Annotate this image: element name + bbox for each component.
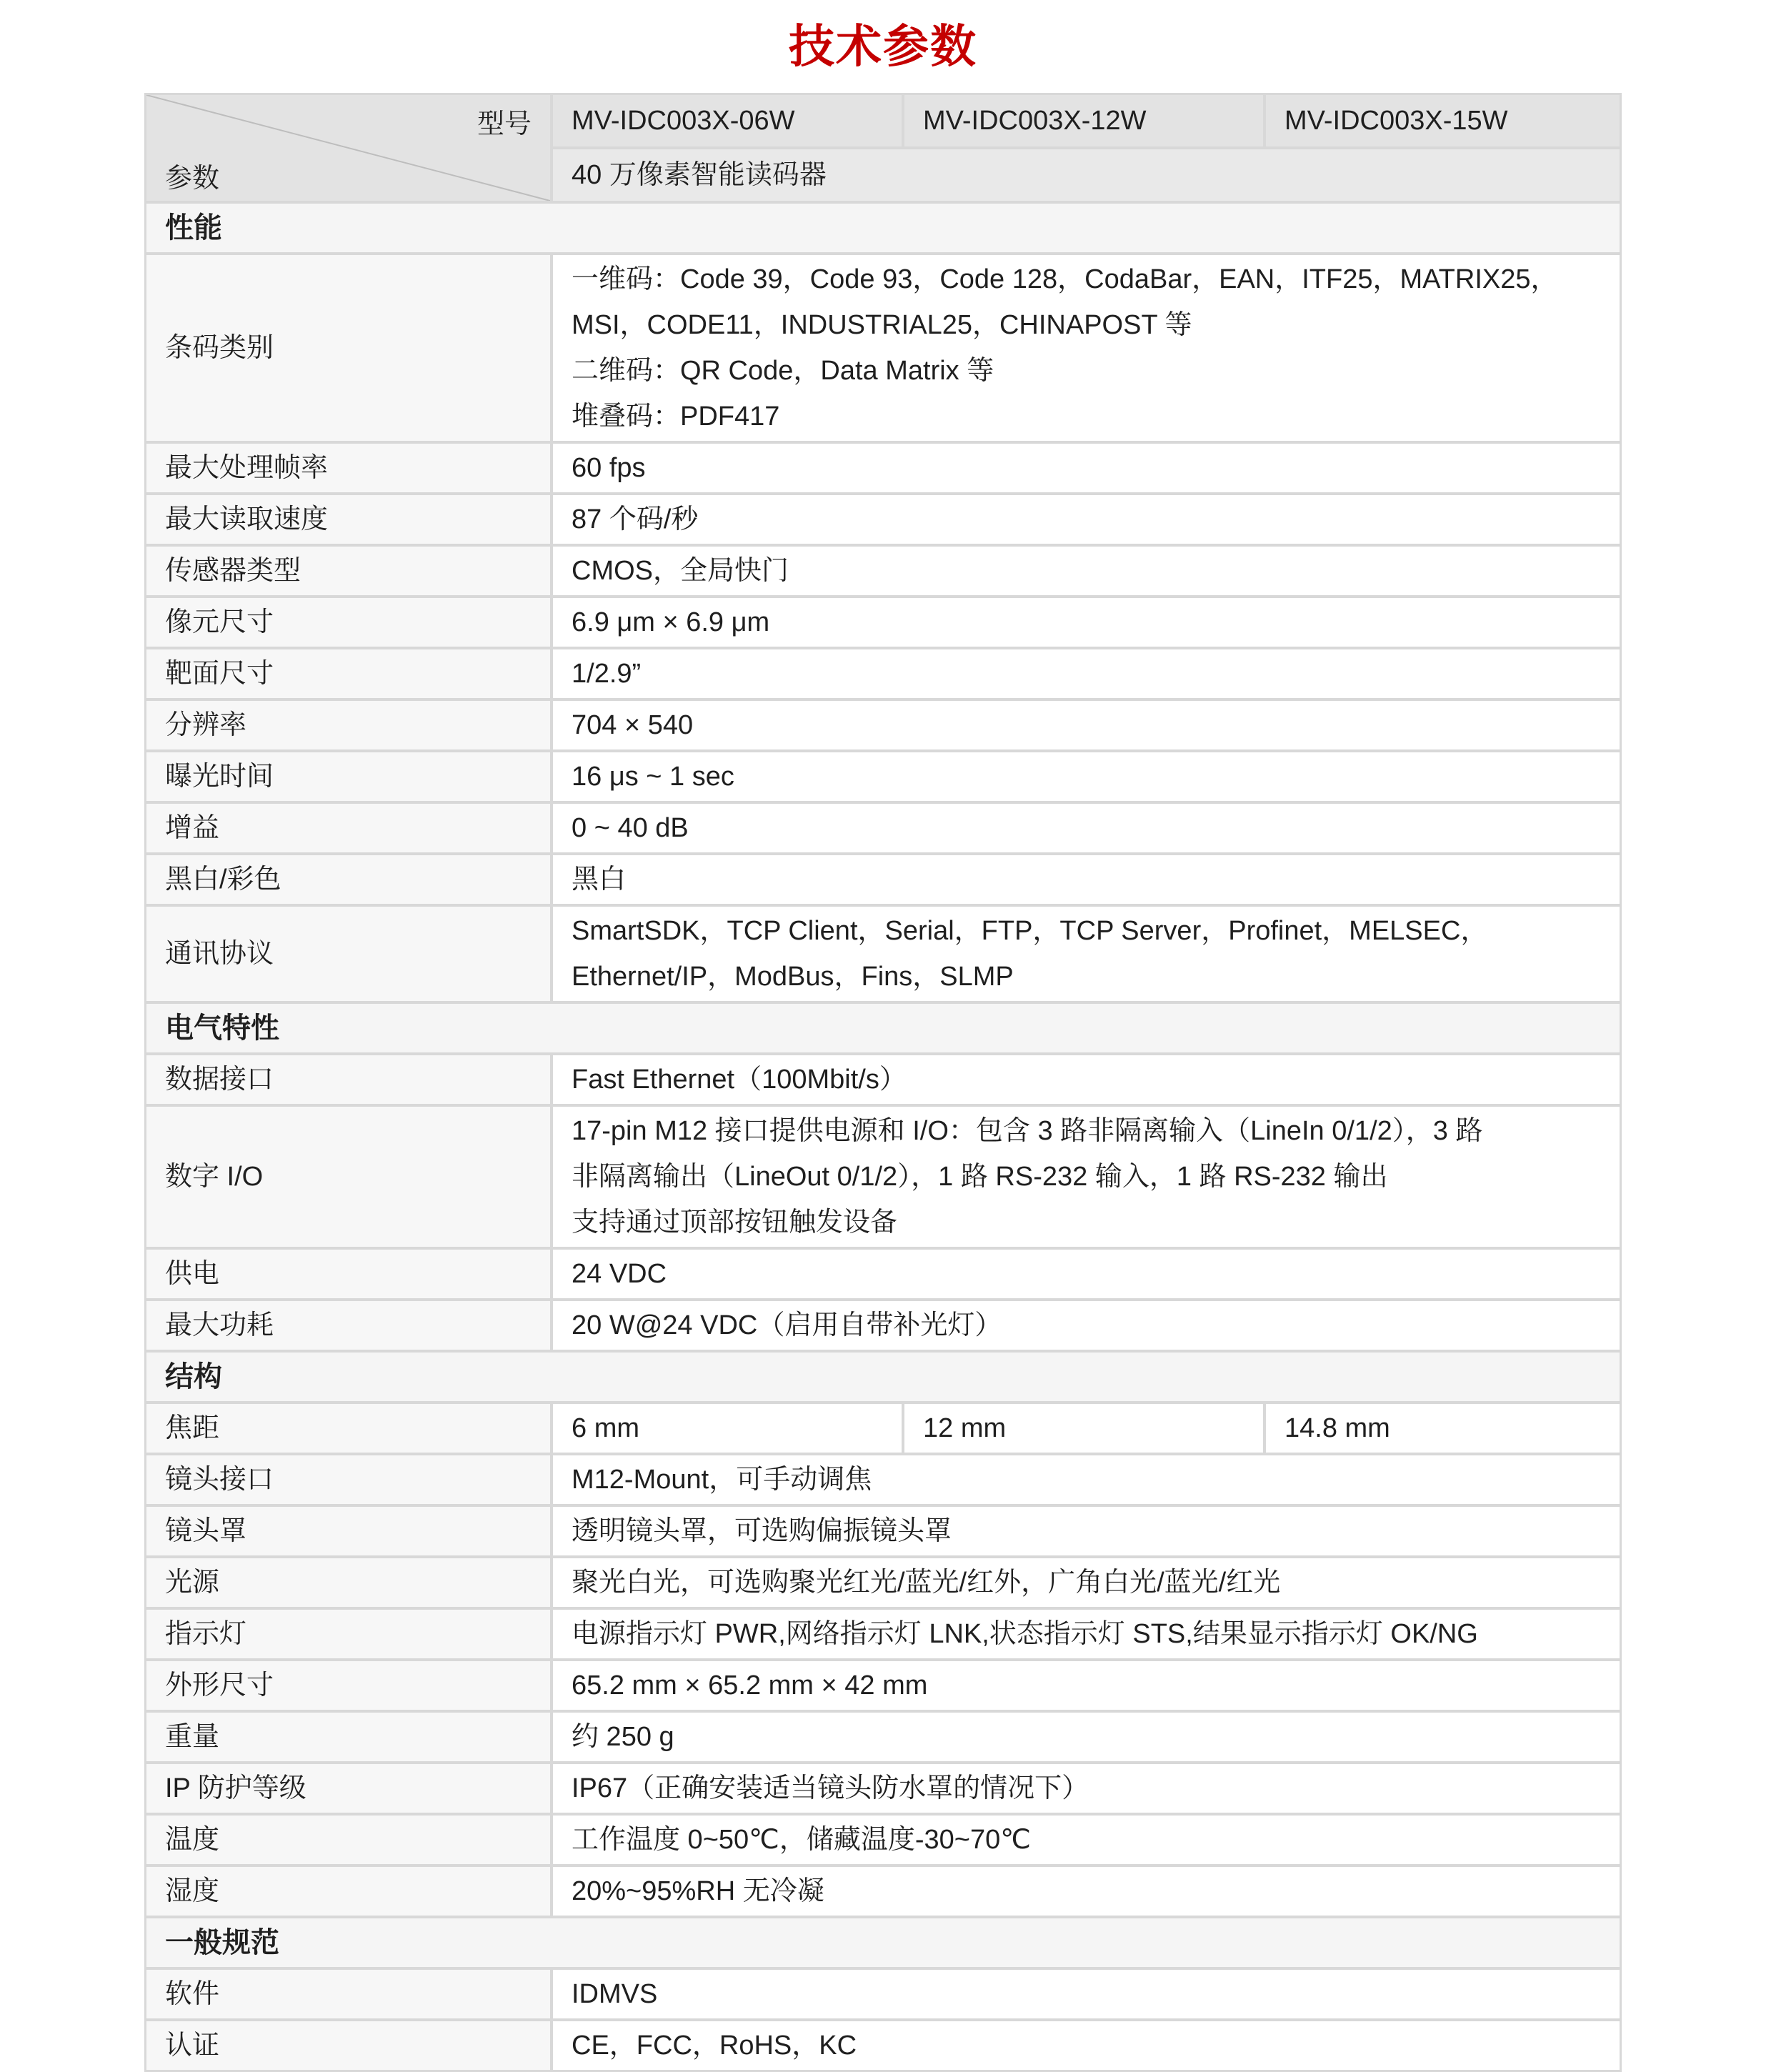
row-value-power-supply: 24 VDC [553, 1250, 1620, 1298]
row-value-certification: CE，FCC，RoHS，KC [553, 2021, 1620, 2070]
row-label-exposure: 曝光时间 [146, 752, 550, 801]
row-value-humidity: 20%~95%RH 无冷凝 [553, 1867, 1620, 1916]
row-label-max-fps: 最大处理帧率 [146, 444, 550, 492]
model-header-2: MV-IDC003X-12W [904, 95, 1263, 146]
row-label-protocols: 通讯协议 [146, 907, 550, 1001]
row-value-light-source: 聚光白光，可选购聚光红光/蓝光/红外，广角白光/蓝光/红光 [553, 1558, 1620, 1607]
spec-table: 型号 参数 MV-IDC003X-06W MV-IDC003X-12W MV-I… [144, 93, 1622, 2072]
row-value-dimensions: 65.2 mm × 65.2 mm × 42 mm [553, 1661, 1620, 1710]
row-value-resolution: 704 × 540 [553, 701, 1620, 749]
row-label-sensor-format: 靶面尺寸 [146, 649, 550, 698]
model-name: MV-IDC003X-06W [572, 98, 883, 144]
row-value-focal-length-06w: 6 mm [553, 1404, 902, 1453]
section-header-performance: 性能 [146, 204, 1620, 252]
product-summary-cell: 40 万像素智能读码器 [553, 149, 1620, 201]
row-value-exposure: 16 μs ~ 1 sec [553, 752, 1620, 801]
row-value-protocols: SmartSDK，TCP Client，Serial，FTP，TCP Serve… [553, 907, 1620, 1001]
row-value-ip-rating: IP67（正确安装适当镜头防水罩的情况下） [553, 1764, 1620, 1813]
row-label-gain: 增益 [146, 804, 550, 852]
row-value-lens-cover: 透明镜头罩，可选购偏振镜头罩 [553, 1507, 1620, 1555]
digital-io-line-1: 17-pin M12 接口提供电源和 I/O：包含 3 路非隔离输入（LineI… [572, 1108, 1601, 1154]
row-value-sensor-type: CMOS，全局快门 [553, 547, 1620, 595]
barcode-line-1d: 一维码：Code 39，Code 93，Code 128，CodaBar，EAN… [572, 256, 1601, 302]
row-label-software: 软件 [146, 1970, 550, 2018]
row-value-temperature: 工作温度 0~50℃，储藏温度-30~70℃ [553, 1816, 1620, 1864]
corner-cell: 型号 参数 [146, 95, 550, 201]
row-label-power-supply: 供电 [146, 1250, 550, 1298]
row-value-data-interface: Fast Ethernet（100Mbit/s） [553, 1055, 1620, 1104]
row-label-weight: 重量 [146, 1713, 550, 1761]
row-label-mono-color: 黑白/彩色 [146, 855, 550, 904]
model-name: MV-IDC003X-15W [1284, 98, 1601, 144]
barcode-line-2d: 二维码：QR Code，Data Matrix 等 [572, 348, 1601, 394]
row-value-focal-length-15w: 14.8 mm [1266, 1404, 1620, 1453]
row-value-software: IDMVS [553, 1970, 1620, 2018]
row-value-digital-io: 17-pin M12 接口提供电源和 I/O：包含 3 路非隔离输入（LineI… [553, 1107, 1620, 1247]
row-value-pixel-size: 6.9 μm × 6.9 μm [553, 598, 1620, 647]
digital-io-line-2: 非隔离输出（LineOut 0/1/2），1 路 RS-232 输入，1 路 R… [572, 1154, 1601, 1200]
row-label-dimensions: 外形尺寸 [146, 1661, 550, 1710]
row-label-pixel-size: 像元尺寸 [146, 598, 550, 647]
row-value-gain: 0 ~ 40 dB [553, 804, 1620, 852]
product-summary: 40 万像素智能读码器 [572, 152, 1601, 198]
row-value-mono-color: 黑白 [553, 855, 1620, 904]
row-label-lens-cover: 镜头罩 [146, 1507, 550, 1555]
model-header-1: MV-IDC003X-06W [553, 95, 902, 146]
row-value-max-read-speed: 87 个码/秒 [553, 495, 1620, 544]
row-label-barcode-type: 条码类别 [146, 255, 550, 441]
section-header-electrical: 电气特性 [146, 1004, 1620, 1052]
row-label-resolution: 分辨率 [146, 701, 550, 749]
section-header-general: 一般规范 [146, 1918, 1620, 1967]
model-name: MV-IDC003X-12W [923, 98, 1244, 144]
row-label-certification: 认证 [146, 2021, 550, 2070]
row-label-focal-length: 焦距 [146, 1404, 550, 1453]
protocols-line-2: Ethernet/IP，ModBus，Fins，SLMP [572, 954, 1601, 1000]
row-label-max-read-speed: 最大读取速度 [146, 495, 550, 544]
model-header-3: MV-IDC003X-15W [1266, 95, 1620, 146]
row-label-indicators: 指示灯 [146, 1610, 550, 1658]
row-label-digital-io: 数字 I/O [146, 1107, 550, 1247]
digital-io-line-3: 支持通过顶部按钮触发设备 [572, 1200, 1601, 1245]
row-value-barcode-type: 一维码：Code 39，Code 93，Code 128，CodaBar，EAN… [553, 255, 1620, 441]
corner-label-parameter: 参数 [165, 149, 219, 201]
barcode-line-stacked: 堆叠码：PDF417 [572, 394, 1601, 439]
protocols-line-1: SmartSDK，TCP Client，Serial，FTP，TCP Serve… [572, 908, 1601, 954]
row-value-focal-length-12w: 12 mm [904, 1404, 1263, 1453]
row-value-max-power: 20 W@24 VDC（启用自带补光灯） [553, 1301, 1620, 1350]
row-value-max-fps: 60 fps [553, 444, 1620, 492]
barcode-line-1d-cont: MSI，CODE11，INDUSTRIAL25，CHINAPOST 等 [572, 302, 1601, 348]
section-header-structure: 结构 [146, 1353, 1620, 1401]
row-label-data-interface: 数据接口 [146, 1055, 550, 1104]
row-label-ip-rating: IP 防护等级 [146, 1764, 550, 1813]
row-label-light-source: 光源 [146, 1558, 550, 1607]
row-label-lens-mount: 镜头接口 [146, 1455, 550, 1504]
row-label-temperature: 温度 [146, 1816, 550, 1864]
row-value-weight: 约 250 g [553, 1713, 1620, 1761]
row-value-lens-mount: M12-Mount，可手动调焦 [553, 1455, 1620, 1504]
corner-label-model: 型号 [477, 95, 532, 146]
row-label-max-power: 最大功耗 [146, 1301, 550, 1350]
row-value-indicators: 电源指示灯 PWR,网络指示灯 LNK,状态指示灯 STS,结果显示指示灯 OK… [553, 1610, 1620, 1658]
row-label-sensor-type: 传感器类型 [146, 547, 550, 595]
row-value-sensor-format: 1/2.9” [553, 649, 1620, 698]
row-label-humidity: 湿度 [146, 1867, 550, 1916]
page-title: 技术参数 [0, 10, 1766, 76]
